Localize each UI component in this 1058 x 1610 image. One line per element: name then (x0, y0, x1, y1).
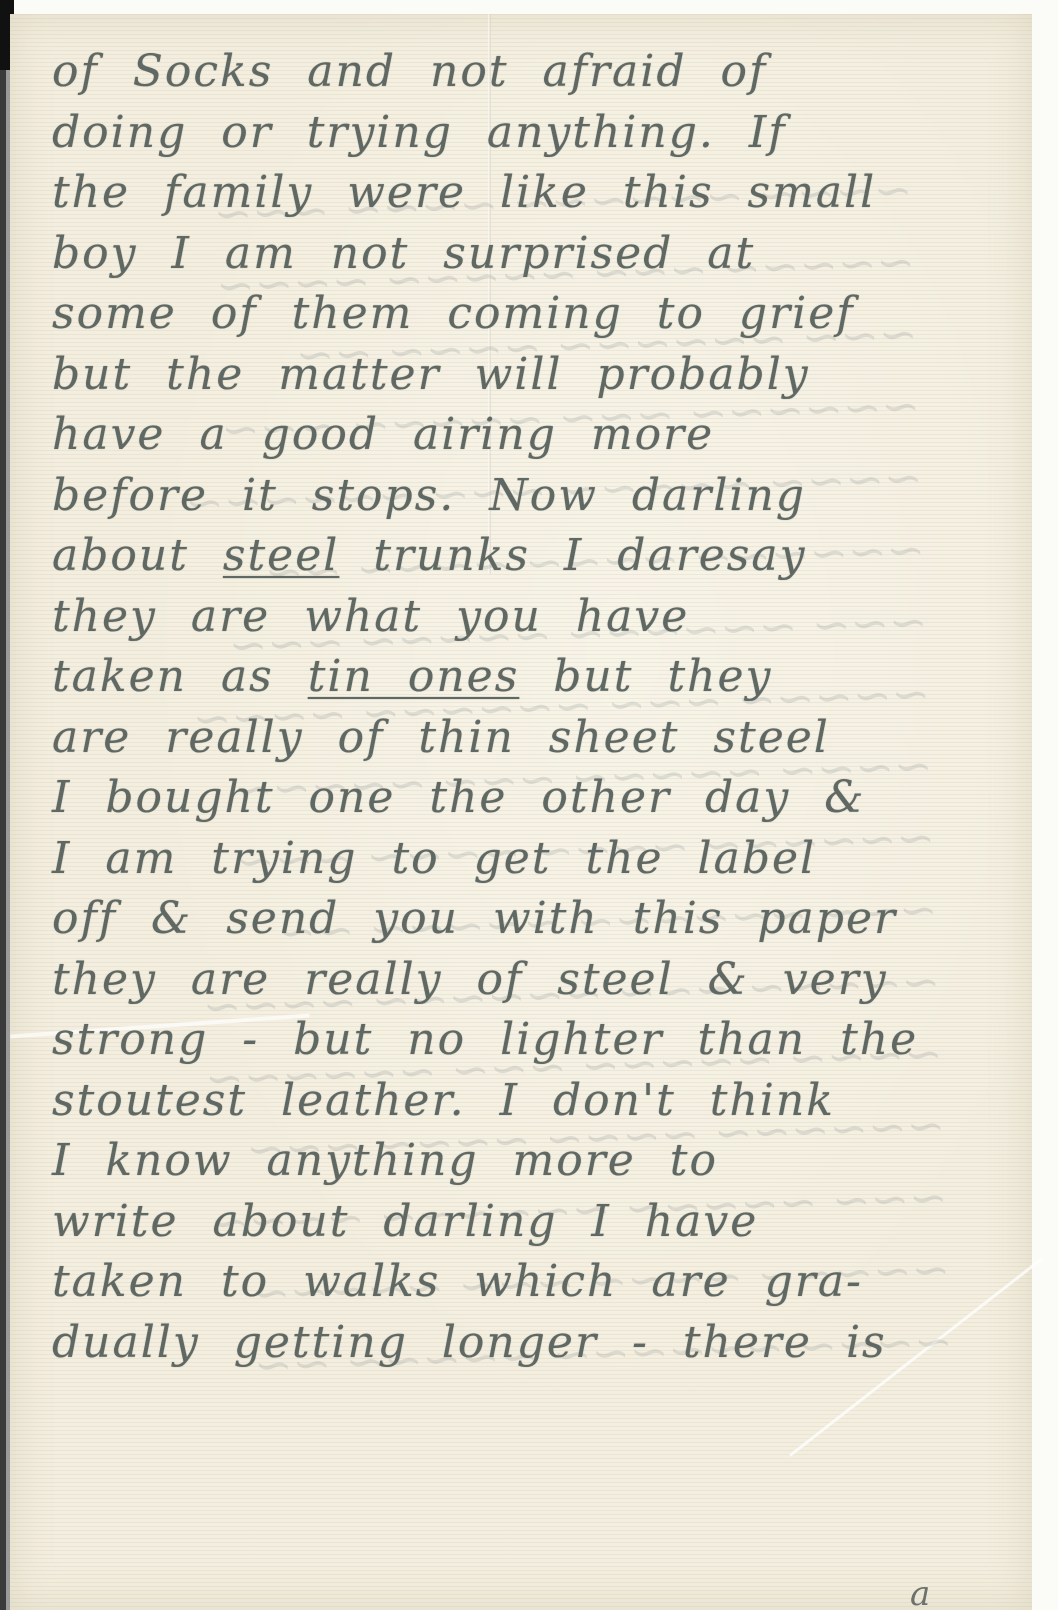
text-line: dually getting longer - there is (52, 1313, 1012, 1374)
text-line: taken to walks which are gra- (52, 1252, 1012, 1313)
page-continuation-mark: a (910, 1574, 930, 1610)
text-line: write about darling I have (52, 1192, 1012, 1253)
text-line: before it stops. Now darling (52, 466, 1012, 527)
handwritten-text: of Socks and not afraid of doing or tryi… (52, 42, 1012, 1373)
text-line: strong - but no lighter than the (52, 1010, 1012, 1071)
text-line: about steel trunks I daresay (52, 526, 1012, 587)
text-line: stoutest leather. I don't think (52, 1071, 1012, 1132)
text-line: boy I am not surprised at (52, 224, 1012, 285)
text-line: of Socks and not afraid of (52, 42, 1012, 103)
text-line: they are what you have (52, 587, 1012, 648)
text-line: have a good airing more (52, 405, 1012, 466)
text-line: are really of thin sheet steel (52, 708, 1012, 769)
text-line: they are really of steel & very (52, 950, 1012, 1011)
underlined-word: steel (223, 530, 339, 581)
text-line: I bought one the other day & (52, 768, 1012, 829)
text-line: doing or trying anything. If (52, 103, 1012, 164)
text-line: off & send you with this paper (52, 889, 1012, 950)
text-line: the family were like this small (52, 163, 1012, 224)
letter-page: ~~~~ ~~~~~~ ~~~~ ~~~ ~~~~~ ~~~ ~~~~~ ~~~… (10, 14, 1032, 1610)
text-line: taken as tin ones but they (52, 647, 1012, 708)
text-line: some of them coming to grief (52, 284, 1012, 345)
text-line: but the matter will probably (52, 345, 1012, 406)
underlined-word: tin ones (308, 651, 520, 702)
text-line: I know anything more to (52, 1131, 1012, 1192)
text-line: I am trying to get the label (52, 829, 1012, 890)
